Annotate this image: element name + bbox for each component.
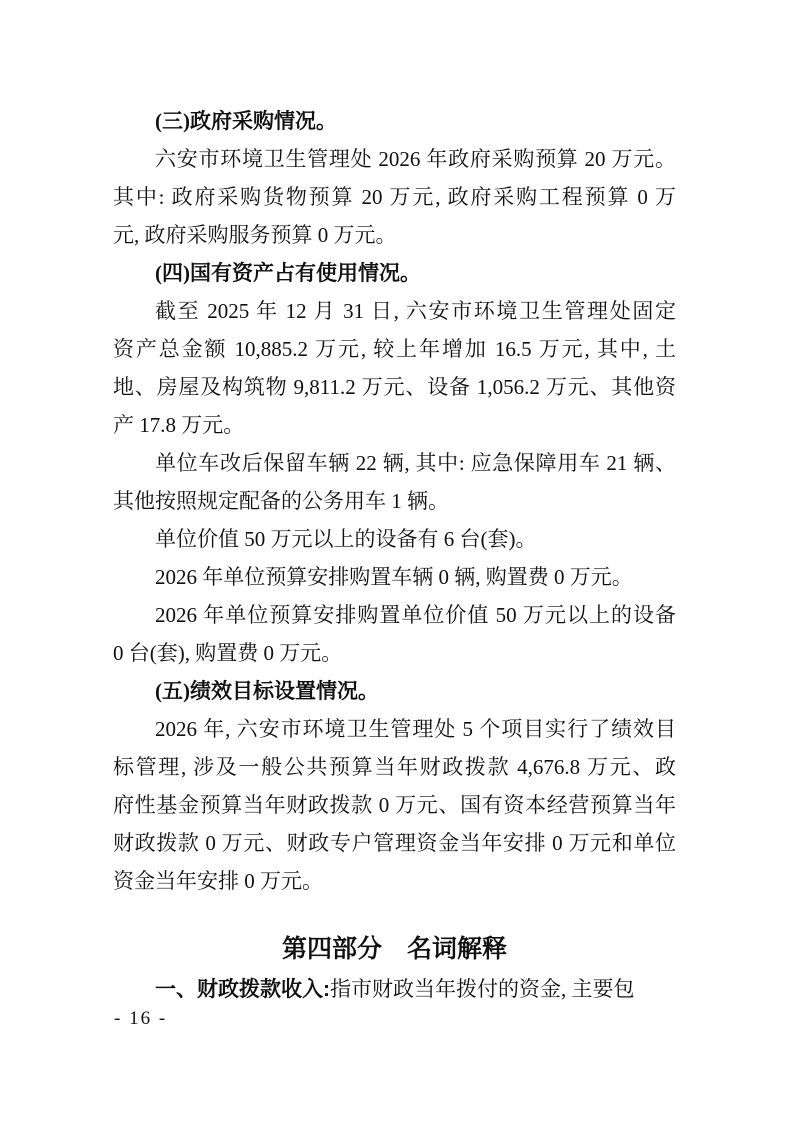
doc-line: 0 台(套), 购置费 0 万元。 <box>113 634 676 672</box>
doc-line: 资金当年安排 0 万元。 <box>113 862 676 900</box>
doc-line: 地、房屋及构筑物 9,811.2 万元、设备 1,056.2 万元、其他资 <box>113 368 676 406</box>
section-heading-gov-procurement: (三)政府采购情况。 <box>113 102 676 140</box>
section-heading-state-assets: (四)国有资产占有使用情况。 <box>113 254 676 292</box>
section-heading-performance: (五)绩效目标设置情况。 <box>113 672 676 710</box>
page-number: - 16 - <box>114 1008 167 1030</box>
doc-line: 标管理, 涉及一般公共预算当年财政拨款 4,676.8 万元、政 <box>113 748 676 786</box>
term-name: 一、财政拨款收入: <box>155 978 330 1001</box>
doc-line: 截至 2025 年 12 月 31 日, 六安市环境卫生管理处固定 <box>113 292 676 330</box>
doc-line: 六安市环境卫生管理处 2026 年政府采购预算 20 万元。 <box>113 140 676 178</box>
document-page: (三)政府采购情况。 六安市环境卫生管理处 2026 年政府采购预算 20 万元… <box>0 0 793 1122</box>
doc-line: 府性基金预算当年财政拨款 0 万元、国有资本经营预算当年 <box>113 786 676 824</box>
term-definition-line: 一、财政拨款收入:指市财政当年拨付的资金, 主要包 <box>113 970 676 1008</box>
term-text: 指市财政当年拨付的资金, 主要包 <box>330 977 635 1001</box>
doc-line: 2026 年, 六安市环境卫生管理处 5 个项目实行了绩效目 <box>113 710 676 748</box>
doc-line: 资产总金额 10,885.2 万元, 较上年增加 16.5 万元, 其中, 土 <box>113 330 676 368</box>
doc-line: 元, 政府采购服务预算 0 万元。 <box>113 216 676 254</box>
doc-line: 单位价值 50 万元以上的设备有 6 台(套)。 <box>113 520 676 558</box>
doc-line: 2026 年单位预算安排购置车辆 0 辆, 购置费 0 万元。 <box>113 558 676 596</box>
doc-line: 单位车改后保留车辆 22 辆, 其中: 应急保障用车 21 辆、 <box>113 444 676 482</box>
doc-line: 财政拨款 0 万元、财政专户管理资金当年安排 0 万元和单位 <box>113 824 676 862</box>
doc-line: 产 17.8 万元。 <box>113 406 676 444</box>
part4-title: 第四部分 名词解释 <box>113 928 676 970</box>
doc-line: 其中: 政府采购货物预算 20 万元, 政府采购工程预算 0 万 <box>113 178 676 216</box>
document-body: (三)政府采购情况。 六安市环境卫生管理处 2026 年政府采购预算 20 万元… <box>113 102 676 1008</box>
doc-line: 其他按照规定配备的公务用车 1 辆。 <box>113 482 676 520</box>
doc-line: 2026 年单位预算安排购置单位价值 50 万元以上的设备 <box>113 596 676 634</box>
